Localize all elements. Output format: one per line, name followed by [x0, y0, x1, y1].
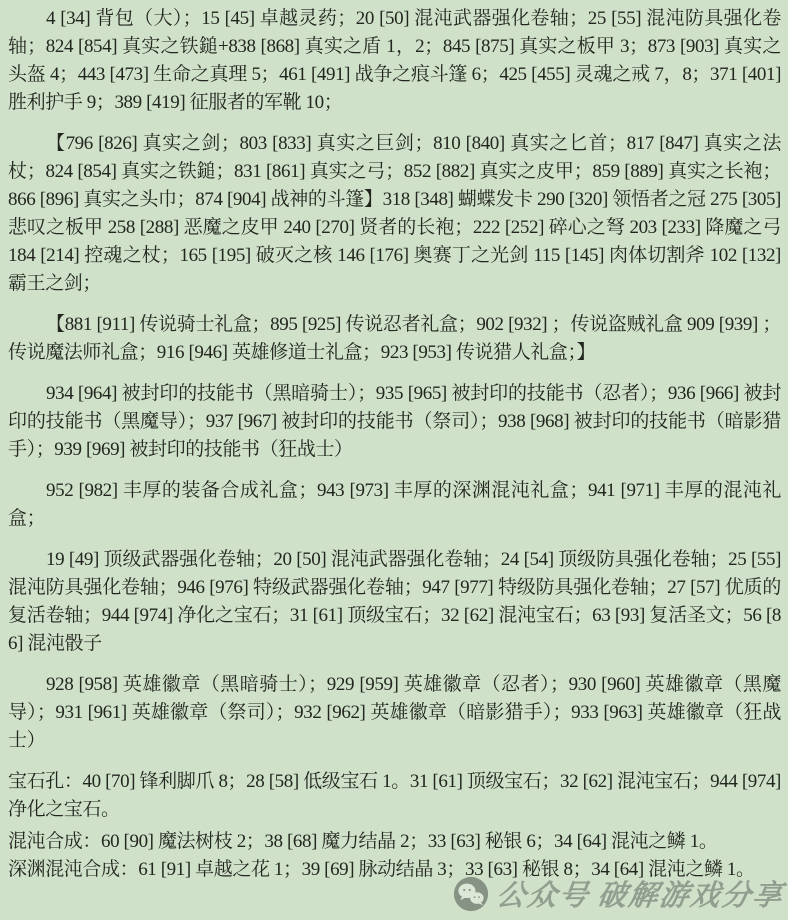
- item-id-document: 4 [34] 背包（大）；15 [45] 卓越灵药；20 [50] 混沌武器强化…: [0, 0, 788, 884]
- paragraph-hero-badges: 928 [958] 英雄徽章（黑暗骑士）；929 [959] 英雄徽章（忍者）；…: [8, 671, 781, 755]
- paragraph-base-items: 4 [34] 背包（大）；15 [45] 卓越灵药；20 [50] 混沌武器强化…: [8, 5, 781, 117]
- paragraph-sealed-skillbooks: 934 [964] 被封印的技能书（黑暗骑士）；935 [965] 被封印的技能…: [8, 380, 781, 464]
- paragraph-abyss-chaos-synthesis: 深渊混沌合成：61 [91] 卓越之花 1；39 [69] 脉动结晶 3；33 …: [8, 856, 781, 884]
- paragraph-true-equipment-set: 【796 [826] 真实之剑；803 [833] 真实之巨剑；810 [840…: [8, 130, 781, 298]
- paragraph-chaos-synthesis: 混沌合成：60 [90] 魔法树枝 2；38 [68] 魔力结晶 2；33 [6…: [8, 828, 781, 856]
- paragraph-legend-giftboxes: 【881 [911] 传说骑士礼盒；895 [925] 传说忍者礼盒；902 […: [8, 311, 781, 367]
- paragraph-scrolls-and-gems: 19 [49] 顶级武器强化卷轴；20 [50] 混沌武器强化卷轴；24 [54…: [8, 546, 781, 658]
- paragraph-gem-slots: 宝石孔：40 [70] 锋利脚爪 8；28 [58] 低级宝石 1。31 [61…: [8, 768, 781, 824]
- paragraph-rich-giftboxes: 952 [982] 丰厚的装备合成礼盒；943 [973] 丰厚的深渊混沌礼盒；…: [8, 477, 781, 533]
- page: { "page": { "background_color": "#cfe1c9…: [0, 0, 788, 920]
